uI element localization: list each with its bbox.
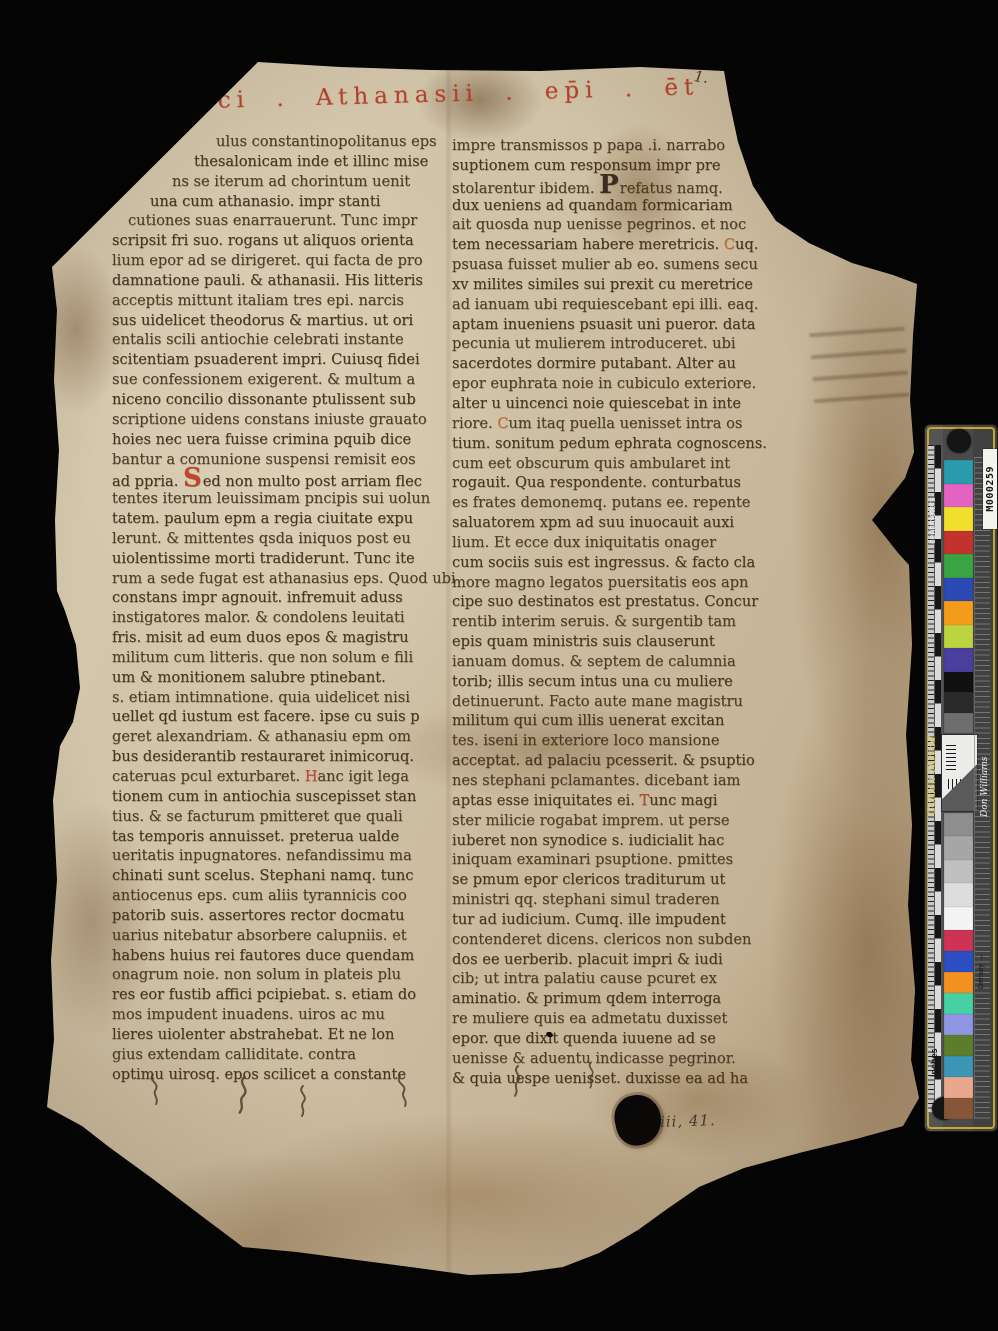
color-swatch <box>944 484 973 508</box>
manuscript-line: uenisse & aduentu indicasse pegrinor. <box>452 1049 792 1069</box>
pen-trial-flourish <box>393 1073 416 1110</box>
manuscript-line: scriptione uidens constans iniuste graua… <box>112 410 452 430</box>
manuscript-line: tur ad iudicium. Cumq. ille impudent <box>452 910 792 930</box>
manuscript-line: thesalonicam inde et illinc mise <box>112 152 452 172</box>
manuscript-line: torib; illis secum intus una cu muliere <box>452 672 792 692</box>
swatch-column-gray <box>944 813 973 930</box>
shelfmark-label: M000259 <box>983 449 997 529</box>
swatch-column-bottom <box>944 930 973 1119</box>
manuscript-line: tatem. paulum epm a regia ciuitate expu <box>112 509 452 529</box>
manuscript-line: militum cum litteris. que non solum e fi… <box>112 648 452 668</box>
pen-trial-flourish <box>146 1071 167 1107</box>
manuscript-line: aptam inueniens psuasit uni pueror. data <box>452 315 792 335</box>
shelfmark-text: M000259 <box>985 466 996 512</box>
manuscript-line: nes stephani pclamantes. dicebant iam <box>452 771 792 791</box>
manuscript-line: se pmum epor clericos traditurum ut <box>452 870 792 890</box>
manuscript-line: cib; ut intra palatiu cause pcuret ex <box>452 969 792 989</box>
centimeters-label: centimeters <box>927 449 937 544</box>
manuscript-line: & quia uespe uenisset. duxisse ea ad ha <box>452 1069 792 1089</box>
registration-dot-top <box>947 429 971 453</box>
manuscript-line: impre transmissos p papa .i. narrabo <box>452 136 792 156</box>
manuscript-line: ianuam domus. & septem de calumnia <box>452 652 792 672</box>
folio-number: 1. <box>693 67 710 87</box>
inches-label: inches <box>929 1015 939 1077</box>
manuscript-line: tem necessariam habere meretricis. Cuq. <box>452 235 792 255</box>
manuscript-line: res eor fustib affici pcipiebat. s. etia… <box>112 985 452 1005</box>
gray-swatch <box>944 860 973 883</box>
manuscript-line: epor. que dixit quenda iuuene ad se <box>452 1029 792 1049</box>
manuscript-line: sacerdotes dormire putabant. Alter au <box>452 354 792 374</box>
manuscript-line: tium. sonitum pedum ephrata cognoscens. <box>452 434 792 454</box>
manuscript-line: iniquam examinari psuptione. pmittes <box>452 850 792 870</box>
manuscript-line: sus uidelicet theodorus & martius. ut or… <box>112 311 452 331</box>
color-swatch <box>944 625 973 649</box>
pen-trial-flourish <box>296 1084 312 1118</box>
manuscript-line: cutiones suas enarrauerunt. Tunc impr <box>112 211 452 231</box>
manuscript-line: dux ueniens ad quandam formicariam <box>452 196 792 216</box>
manuscript-line: ueritatis inpugnatores. nefandissimu ma <box>112 846 452 866</box>
manuscript-line: acceptis mittunt italiam tres epi. narci… <box>112 291 452 311</box>
manuscript-line: una cum athanasio. impr stanti <box>112 192 452 212</box>
calibration-target: centimeters inches Density → Golden Thre… <box>925 425 997 1131</box>
manuscript-line: optimu uirosq. epos scilicet a constante <box>112 1065 452 1085</box>
manuscript-line: fris. misit ad eum duos epos & magistru <box>112 628 452 648</box>
parchment-hole <box>610 1091 665 1149</box>
manuscript-line: tius. & se facturum pmitteret que quali <box>112 807 452 827</box>
manuscript-line: cipe suo destinatos est prestatus. Concu… <box>452 592 792 612</box>
resolution-target <box>942 735 977 811</box>
manuscript-line: uarius nitebatur absorbere calupniis. et <box>112 926 452 946</box>
gray-swatch <box>944 713 973 733</box>
manuscript-line: more magno legatos puersitatis eos apn <box>452 573 792 593</box>
manuscript-line: rum a sede fugat est athanasius eps. Quo… <box>112 569 452 589</box>
swatch-column-dark <box>944 672 973 733</box>
manuscript-line: onagrum noie. non solum in plateis plu <box>112 965 452 985</box>
manuscript-line: ad ppria. Sed non multo post arriam flec <box>112 469 452 489</box>
manuscript-line: ministri qq. stephani simul traderen <box>452 890 792 910</box>
manuscript-line: ster milicie rogabat imprem. ut perse <box>452 811 792 831</box>
color-swatch <box>944 1014 973 1035</box>
manuscript-line: constans impr agnouit. infremuit aduss <box>112 588 452 608</box>
manuscript-line: instigatores malor. & condolens leuitati <box>112 608 452 628</box>
color-swatch <box>944 601 973 625</box>
manuscript-line: alter u uincenci noie quiescebat in inte <box>452 394 792 414</box>
parchment-leaf: Sc̄i . Athanasii . ep̄i . ēt . C 1. ulus… <box>0 0 998 1331</box>
color-swatch <box>944 554 973 578</box>
manuscript-line: rentib interim seruis. & surgentib tam <box>452 612 792 632</box>
manuscript-line: epis quam ministris suis clauserunt <box>452 632 792 652</box>
manuscript-line: aminatio. & primum qdem interroga <box>452 989 792 1009</box>
manuscript-line: ait quosda nup uenisse pegrinos. et noc <box>452 215 792 235</box>
manuscript-line: epor euphrata noie in cubiculo exteriore… <box>452 374 792 394</box>
manuscript-line: tionem cum in antiochia suscepisset stan <box>112 787 452 807</box>
manuscript-line: niceno concilio dissonante ptulissent su… <box>112 390 452 410</box>
manuscript-line: rogauit. Qua respondente. conturbatus <box>452 473 792 493</box>
manuscript-line: bus desiderantib restauraret inimicoruq. <box>112 747 452 767</box>
manuscript-line: stolarentur ibidem. Prefatus namq. <box>452 176 792 196</box>
manuscript-line: scitentiam psuaderent impri. Cuiusq fide… <box>112 350 452 370</box>
gray-swatch <box>944 836 973 859</box>
manuscript-line: habens huius rei fautores duce quendam <box>112 946 452 966</box>
text-column-right: impre transmissos p papa .i. narrabosupt… <box>452 136 792 1089</box>
photograph-stage: Sc̄i . Athanasii . ep̄i . ēt . C 1. ulus… <box>0 0 998 1331</box>
color-swatch <box>944 951 973 972</box>
swatch-column-top <box>944 460 973 672</box>
manuscript-line: antiocenus eps. cum aliis tyrannicis coo <box>112 886 452 906</box>
manuscript-line: damnatione pauli. & athanasii. His litte… <box>112 271 452 291</box>
manuscript-line: suptionem cum responsum impr pre <box>452 156 792 176</box>
manuscript-line: chinati sunt scelus. Stephani namq. tunc <box>112 866 452 886</box>
color-swatch <box>944 531 973 555</box>
manuscript-line: xv milites similes sui prexit cu meretri… <box>452 275 792 295</box>
ink-speck <box>92 1138 98 1143</box>
rubric-title: Sc̄i . Athanasii . ep̄i . ēt . C <box>196 72 796 115</box>
manuscript-line: iuberet non synodice s. iudicialit hac <box>452 831 792 851</box>
manuscript-line: bantur a comunione suspensi remisit eos <box>112 450 452 470</box>
density-label: Density → <box>976 903 985 989</box>
color-swatch <box>944 507 973 531</box>
color-swatch <box>944 993 973 1014</box>
manuscript-line: aptas esse iniquitates ei. Tunc magi <box>452 791 792 811</box>
manuscript-line: re muliere quis ea admetatu duxisset <box>452 1009 792 1029</box>
gray-swatch <box>944 692 973 712</box>
manuscript-line: mos impudent inuadens. uiros ac mu <box>112 1005 452 1025</box>
pen-trial-flourish <box>232 1074 255 1117</box>
manuscript-line: gius extendam calliditate. contra <box>112 1045 452 1065</box>
manuscript-line: uellet qd iustum est facere. ipse cu sui… <box>112 707 452 727</box>
manuscript-line: cateruas pcul exturbaret. Hanc igit lega <box>112 767 452 787</box>
gray-swatch <box>944 907 973 930</box>
color-swatch <box>944 972 973 993</box>
ink-speck <box>545 1031 553 1038</box>
ink-offset-marks <box>809 327 909 408</box>
manuscript-line: scripsit fri suo. rogans ut aliquos orie… <box>112 231 452 251</box>
color-swatch <box>944 1077 973 1098</box>
manuscript-line: entalis scili antiochie celebrati instan… <box>112 330 452 350</box>
brand-don-williams: Don Williams <box>980 729 990 817</box>
manuscript-line: pecunia ut mulierem introduceret. ubi <box>452 334 792 354</box>
manuscript-line: riore. Cum itaq puella uenisset intra os <box>452 414 792 434</box>
manuscript-line: ad ianuam ubi requiescebant epi illi. ea… <box>452 295 792 315</box>
manuscript-line: es frates demonemq. putans ee. repente <box>452 493 792 513</box>
color-swatch <box>944 1098 973 1119</box>
color-swatch <box>944 1056 973 1077</box>
manuscript-line: acceptat. ad palaciu pcesserit. & psupti… <box>452 751 792 771</box>
manuscript-line: hoies nec uera fuisse crimina pquib dice <box>112 430 452 450</box>
manuscript-line: um & monitionem salubre ptinebant. <box>112 668 452 688</box>
manuscript-line: tentes iterum leuissimam pncipis sui uol… <box>112 489 452 509</box>
manuscript-line: ulus constantinopolitanus eps <box>112 132 452 152</box>
manuscript-line: patorib suis. assertores rector docmatu <box>112 906 452 926</box>
manuscript-line: geret alexandriam. & athanasiu epm om <box>112 727 452 747</box>
pen-trial-flourish <box>509 1063 527 1098</box>
manuscript-line: contenderet dicens. clericos non subden <box>452 930 792 950</box>
manuscript-line: cum eet obscurum quis ambularet int <box>452 454 792 474</box>
manuscript-line: ns se iterum ad chorintum uenit <box>112 172 452 192</box>
color-swatch <box>944 930 973 951</box>
manuscript-line: saluatorem xpm ad suu inuocauit auxi <box>452 513 792 533</box>
gray-swatch <box>944 883 973 906</box>
brand-golden-thread: Golden Thread <box>926 729 938 815</box>
color-swatch <box>944 578 973 602</box>
manuscript-line: detinuerunt. Facto aute mane magistru <box>452 692 792 712</box>
manuscript-line: s. etiam intimnatione. quia uidelicet ni… <box>112 688 452 708</box>
color-swatch <box>944 1035 973 1056</box>
manuscript-line: tes. iseni in exteriore loco mansione <box>452 731 792 751</box>
manuscript-line: lium epor ad se dirigeret. qui facta de … <box>112 251 452 271</box>
pen-trial-flourish <box>585 1061 599 1090</box>
manuscript-line: militum qui cum illis uenerat excitan <box>452 711 792 731</box>
manuscript-line: tas temporis annuisset. preterua ualde <box>112 827 452 847</box>
manuscript-line: sue confessionem exigerent. & multum a <box>112 370 452 390</box>
manuscript-line: lium. Et ecce dux iniquitatis onager <box>452 533 792 553</box>
manuscript-line: psuasa fuisset mulier ab eo. sumens secu <box>452 255 792 275</box>
manuscript-line: lieres uiolenter abstrahebat. Et ne lon <box>112 1025 452 1045</box>
later-annotation: iii, 41. <box>660 1111 716 1131</box>
manuscript-line: dos ee uerberib. placuit impri & iudi <box>452 950 792 970</box>
gray-swatch <box>944 672 973 692</box>
manuscript-line: lerunt. & mittentes qsda iniquos post eu <box>112 529 452 549</box>
text-column-left: ulus constantinopolitanus epsthesalonica… <box>112 132 452 1085</box>
color-swatch <box>944 460 973 484</box>
manuscript-line: cum sociis suis est ingressus. & facto c… <box>452 553 792 573</box>
gray-swatch <box>944 813 973 836</box>
color-swatch <box>944 648 973 672</box>
manuscript-line: uiolentissime morti tradiderunt. Tunc it… <box>112 549 452 569</box>
